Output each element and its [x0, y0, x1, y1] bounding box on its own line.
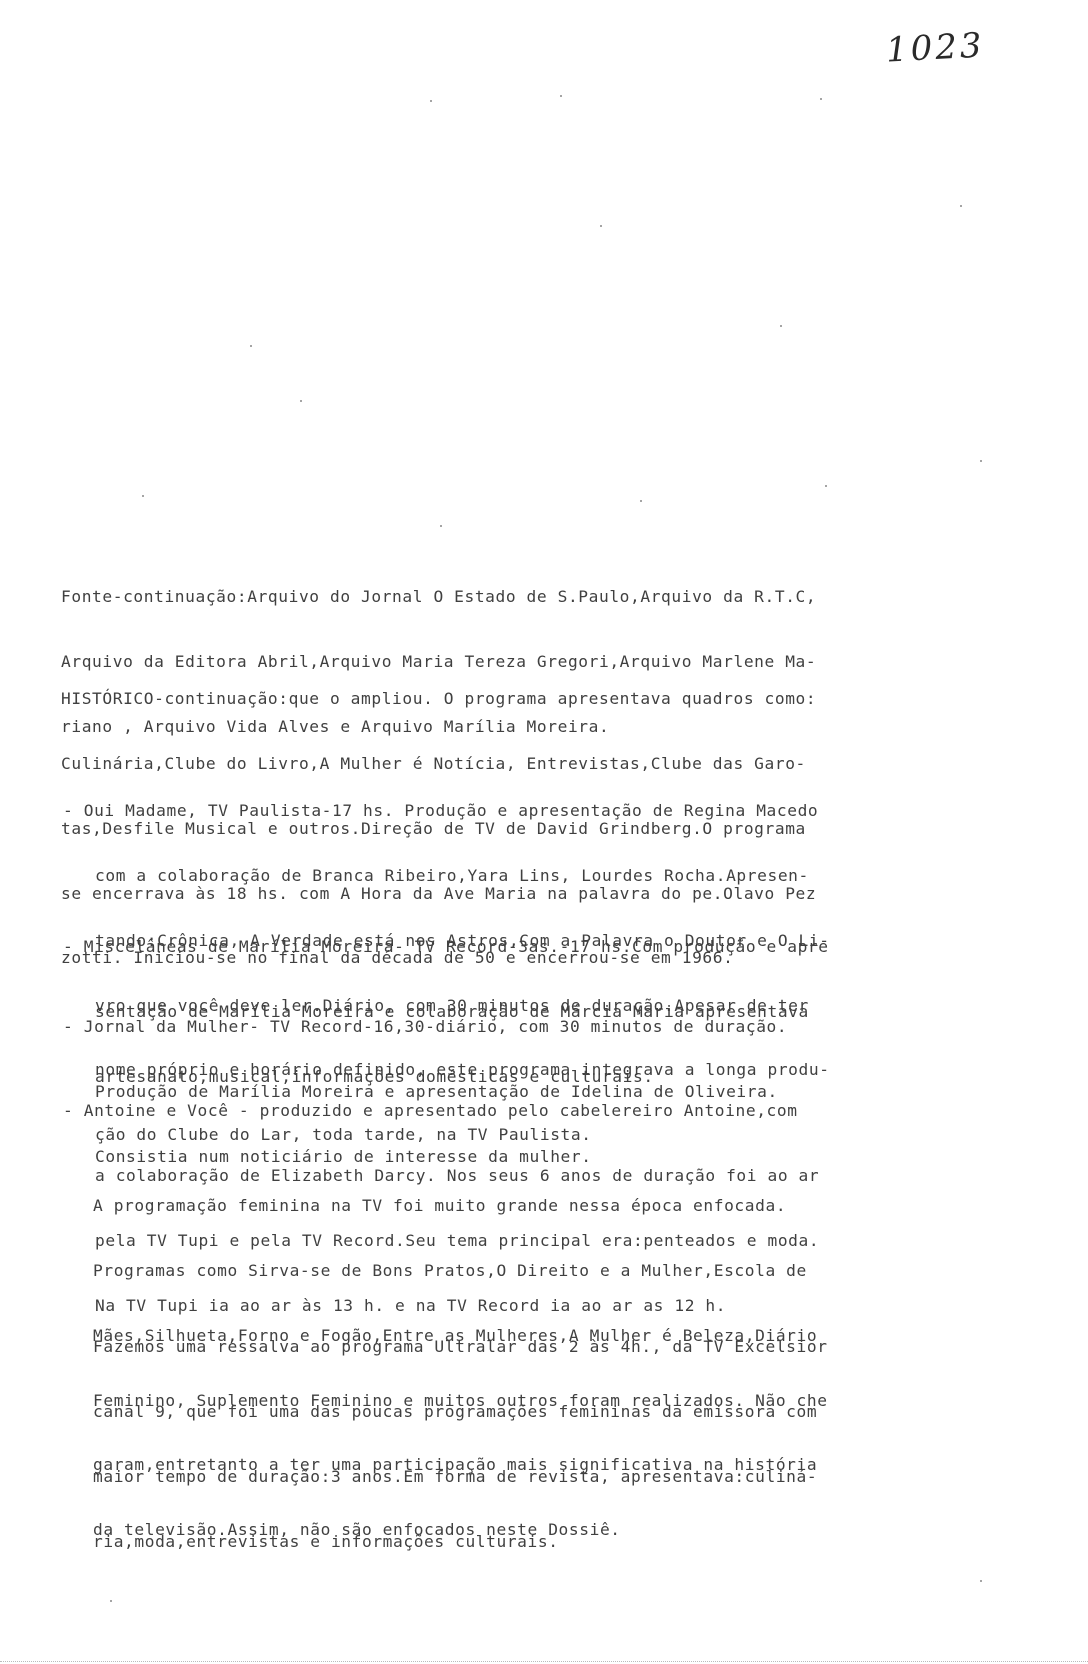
text-line: Fonte-continuação:Arquivo do Jornal O Es… [61, 586, 1021, 608]
text-line: ria,moda,entrevistas e informações cultu… [61, 1531, 1021, 1553]
text-line: Antoine e Você - produzido e apresentado… [84, 1101, 798, 1120]
text-line: HISTÓRICO-continuação:que o ampliou. O p… [61, 688, 1021, 710]
bullet-dash: - [63, 937, 73, 956]
scan-edge [0, 1661, 1088, 1662]
text-line: maior tempo de duração:3 anos.Em forma d… [61, 1466, 1021, 1488]
text-line: Oui Madame, TV Paulista-17 hs. Produção … [84, 801, 819, 820]
text-line: com a colaboração de Branca Ribeiro,Yara… [63, 865, 1023, 887]
bullet-dash: - [63, 801, 73, 820]
handwritten-page-number: 1023 [885, 25, 985, 70]
text-line: A programação feminina na TV foi muito g… [61, 1195, 1021, 1217]
text-line: Miscelâneas de Marília Moreira- TV Recor… [84, 937, 829, 956]
text-line: canal 9, que foi uma das poucas programa… [61, 1401, 1021, 1423]
text-line: Programas como Sirva-se de Bons Pratos,O… [61, 1260, 1021, 1282]
text-line: Jornal da Mulher- TV Record-16,30-diário… [84, 1017, 788, 1036]
bullet-dash: - [63, 1101, 73, 1120]
bullet-dash: - [63, 1017, 73, 1036]
ultralar-paragraph: Fazemos uma ressalva ao programa Ultrala… [61, 1293, 1021, 1574]
text-line: Fazemos uma ressalva ao programa Ultrala… [61, 1336, 1021, 1358]
